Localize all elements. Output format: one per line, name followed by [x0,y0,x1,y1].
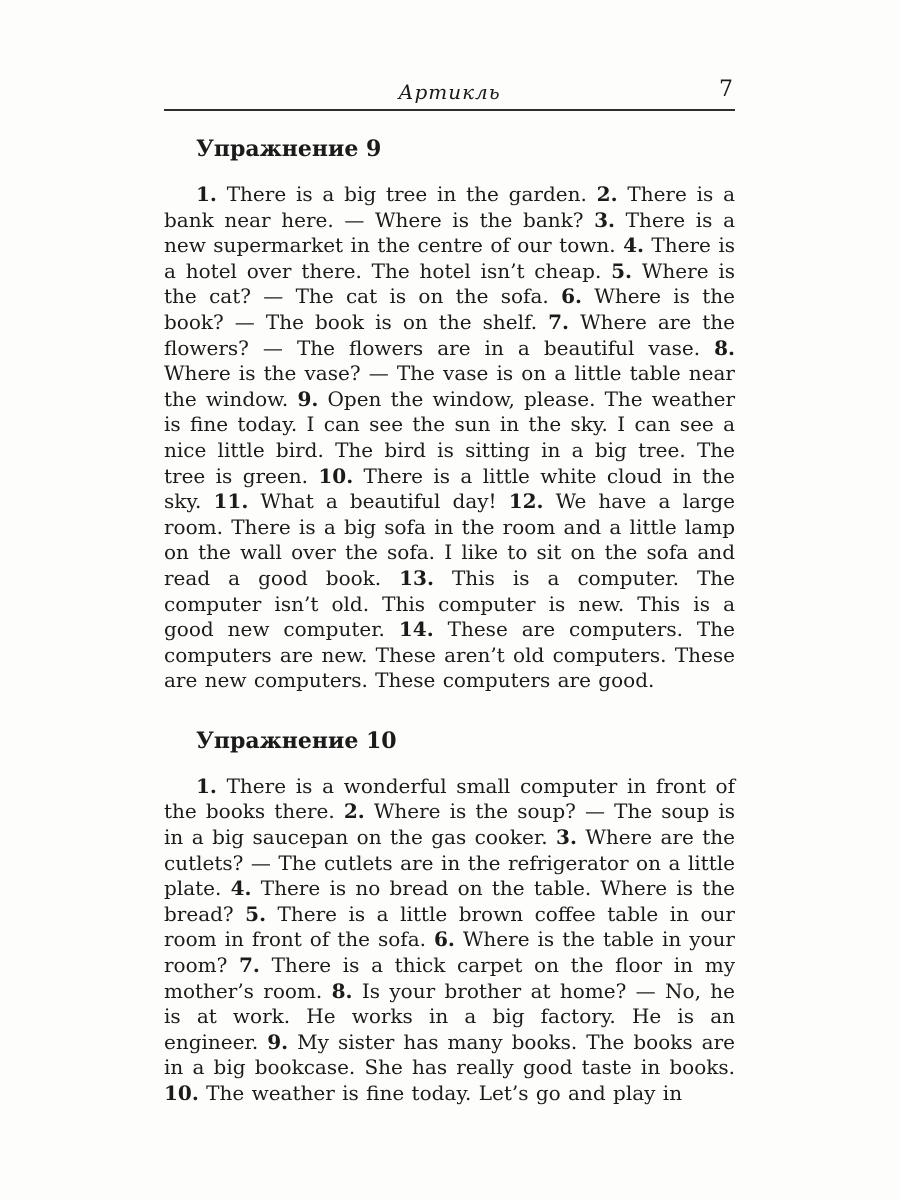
item-number: 3. [594,208,615,232]
exercise-heading: Упражнение 9 [196,136,735,162]
item-number: 4. [623,233,644,257]
item-number: 9. [297,387,318,411]
book-page: { "header": { "running_title": "Артикль"… [0,0,900,1200]
item-number: 8. [714,336,735,360]
item-number: 12. [509,489,544,513]
page-number: 7 [719,77,733,102]
item-number: 8. [332,979,353,1003]
item-number: 2. [597,182,618,206]
running-title: Артикль [164,80,735,104]
item-number: 10. [318,464,353,488]
item-number: 6. [561,284,582,308]
item-number: 2. [344,799,365,823]
sentence-text: The weather is fine today. Let’s go and … [199,1081,682,1105]
item-number: 5. [245,902,266,926]
item-number: 7. [239,953,260,977]
exercises-container: Упражнение 91. There is a big tree in th… [164,136,735,1107]
sentence-text: There is a big tree in the garden. [217,182,597,206]
page-column: Артикль 7 Упражнение 91. There is a big … [164,80,735,1107]
item-number: 1. [196,182,217,206]
item-number: 4. [231,876,252,900]
item-number: 6. [434,927,455,951]
item-number: 1. [196,774,217,798]
item-number: 14. [399,617,434,641]
exercise-heading: Упражнение 10 [196,728,735,754]
item-number: 5. [611,259,632,283]
item-number: 11. [213,489,248,513]
sentence-text: What a beautiful day! [248,489,508,513]
page-header: Артикль 7 [164,80,735,106]
exercise-text: 1. There is a wonderful small computer i… [164,774,735,1107]
exercise-text: 1. There is a big tree in the garden. 2.… [164,182,735,694]
header-rule [164,109,735,111]
item-number: 10. [164,1081,199,1105]
item-number: 7. [548,310,569,334]
item-number: 3. [556,825,577,849]
item-number: 13. [399,566,434,590]
item-number: 9. [267,1030,288,1054]
